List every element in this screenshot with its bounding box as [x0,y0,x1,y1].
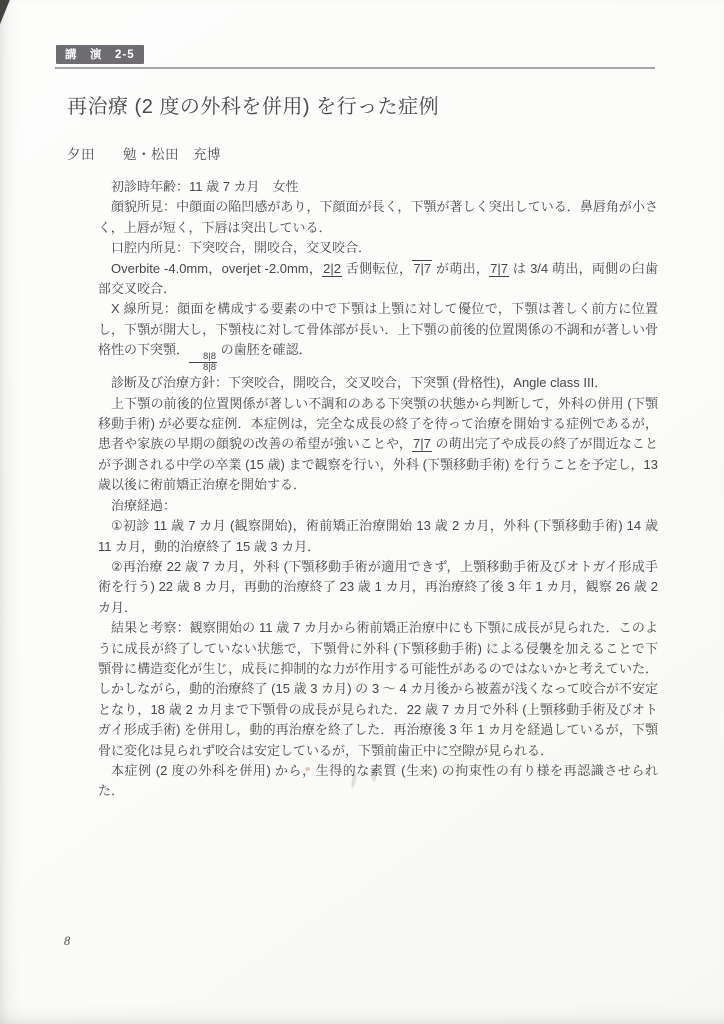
scanned-document-page: 講 演 2-5 再治療 (2 度の外科を併用) を行った症例 夕田 勉・松田 充… [0,0,724,1024]
page-number: 8 [64,934,70,949]
tooth-notation-underlined: 7|7 [412,436,432,452]
body-text: ①初診 11 歳 7 カ月 (観察開始)，術前矯正治療開始 13 歳 2 カ月，… [98,518,658,553]
authors: 夕田 勉・松田 充博 [67,143,221,163]
abstract-paragraph: Overbite -4.0mm，overjet -2.0mm，2|2 舌側転位，… [98,259,658,300]
abstract-paragraph: 治療経過： [98,496,658,516]
body-text: の歯胚を確認． [217,342,312,357]
lecture-number-badge: 講 演 2-5 [56,45,144,64]
abstract-paragraph: ①初診 11 歳 7 カ月 (観察開始)，術前矯正治療開始 13 歳 2 カ月，… [98,516,658,557]
body-text: 結果と考察：観察開始の 11 歳 7 カ月から術前矯正治療中にも下顎に成長が見ら… [98,620,658,757]
body-text: Overbite -4.0mm，overjet -2.0mm， [111,261,322,276]
tooth-notation-overlined: 7|7 [412,260,432,276]
body-text: ②再治療 22 歳 7 カ月，外科 (下顎移動手術が適用できず，上顎移動手術及び… [98,559,658,615]
abstract: 初診時年齢：11 歳 7 カ月 女性顔貌所見：中顔面の陥凹感があり，下顔面が長く… [98,177,658,802]
body-text: 舌側転位， [342,261,412,276]
abstract-paragraph: 初診時年齢：11 歳 7 カ月 女性 [98,177,658,197]
body-text: 口腔内所見：下突咬合，開咬合，交叉咬合． [111,240,371,255]
header-divider [55,67,655,69]
abstract-paragraph: 結果と考察：観察開始の 11 歳 7 カ月から術前矯正治療中にも下顎に成長が見ら… [98,618,658,761]
quadrant-lower: 8|8 [189,363,217,373]
abstract-paragraph: 本症例 (2 度の外科を併用) から，生得的な素質 (生来) の拘束性の有り様を… [98,761,658,802]
tooth-quadrant-notation: 8|88|8 [189,352,217,373]
abstract-paragraph: 診断及び治療方針：下突咬合，開咬合，交叉咬合，下突顎 (骨格性)，Angle c… [98,373,658,393]
tooth-notation-underlined: 2|2 [322,261,342,277]
abstract-paragraph: 上下顎の前後的位置関係が著しい不調和のある下突顎の状態から判断して，外科の併用 … [98,394,658,496]
body-text: 顔貌所見：中顔面の陥凹感があり，下顔面が長く，下顎が著しく突出している．鼻唇角が… [98,199,658,234]
body-text: 診断及び治療方針：下突咬合，開咬合，交叉咬合，下突顎 (骨格性)，Angle c… [111,375,607,390]
scan-corner-artifact [0,0,14,31]
abstract-paragraph: 口腔内所見：下突咬合，開咬合，交叉咬合． [98,238,658,258]
body-text: X 線所見：顔面を構成する要素の中で下顎は上顎に対して優位で，下顎は著しく前方に… [98,301,658,357]
body-text: が萌出， [432,261,489,276]
body-text: 治療経過： [111,498,176,513]
tooth-notation-underlined: 7|7 [489,261,509,277]
abstract-paragraph: 顔貌所見：中顔面の陥凹感があり，下顔面が長く，下顎が著しく突出している．鼻唇角が… [98,197,658,238]
body-text: 本症例 (2 度の外科を併用) から，生得的な素質 (生来) の拘束性の有り様を… [98,763,658,798]
page-title: 再治療 (2 度の外科を併用) を行った症例 [67,90,439,119]
abstract-paragraph: ②再治療 22 歳 7 カ月，外科 (下顎移動手術が適用できず，上顎移動手術及び… [98,557,658,618]
body-text: 初診時年齢：11 歳 7 カ月 女性 [111,179,299,194]
abstract-paragraph: X 線所見：顔面を構成する要素の中で下顎は上顎に対して優位で，下顎は著しく前方に… [98,299,658,373]
